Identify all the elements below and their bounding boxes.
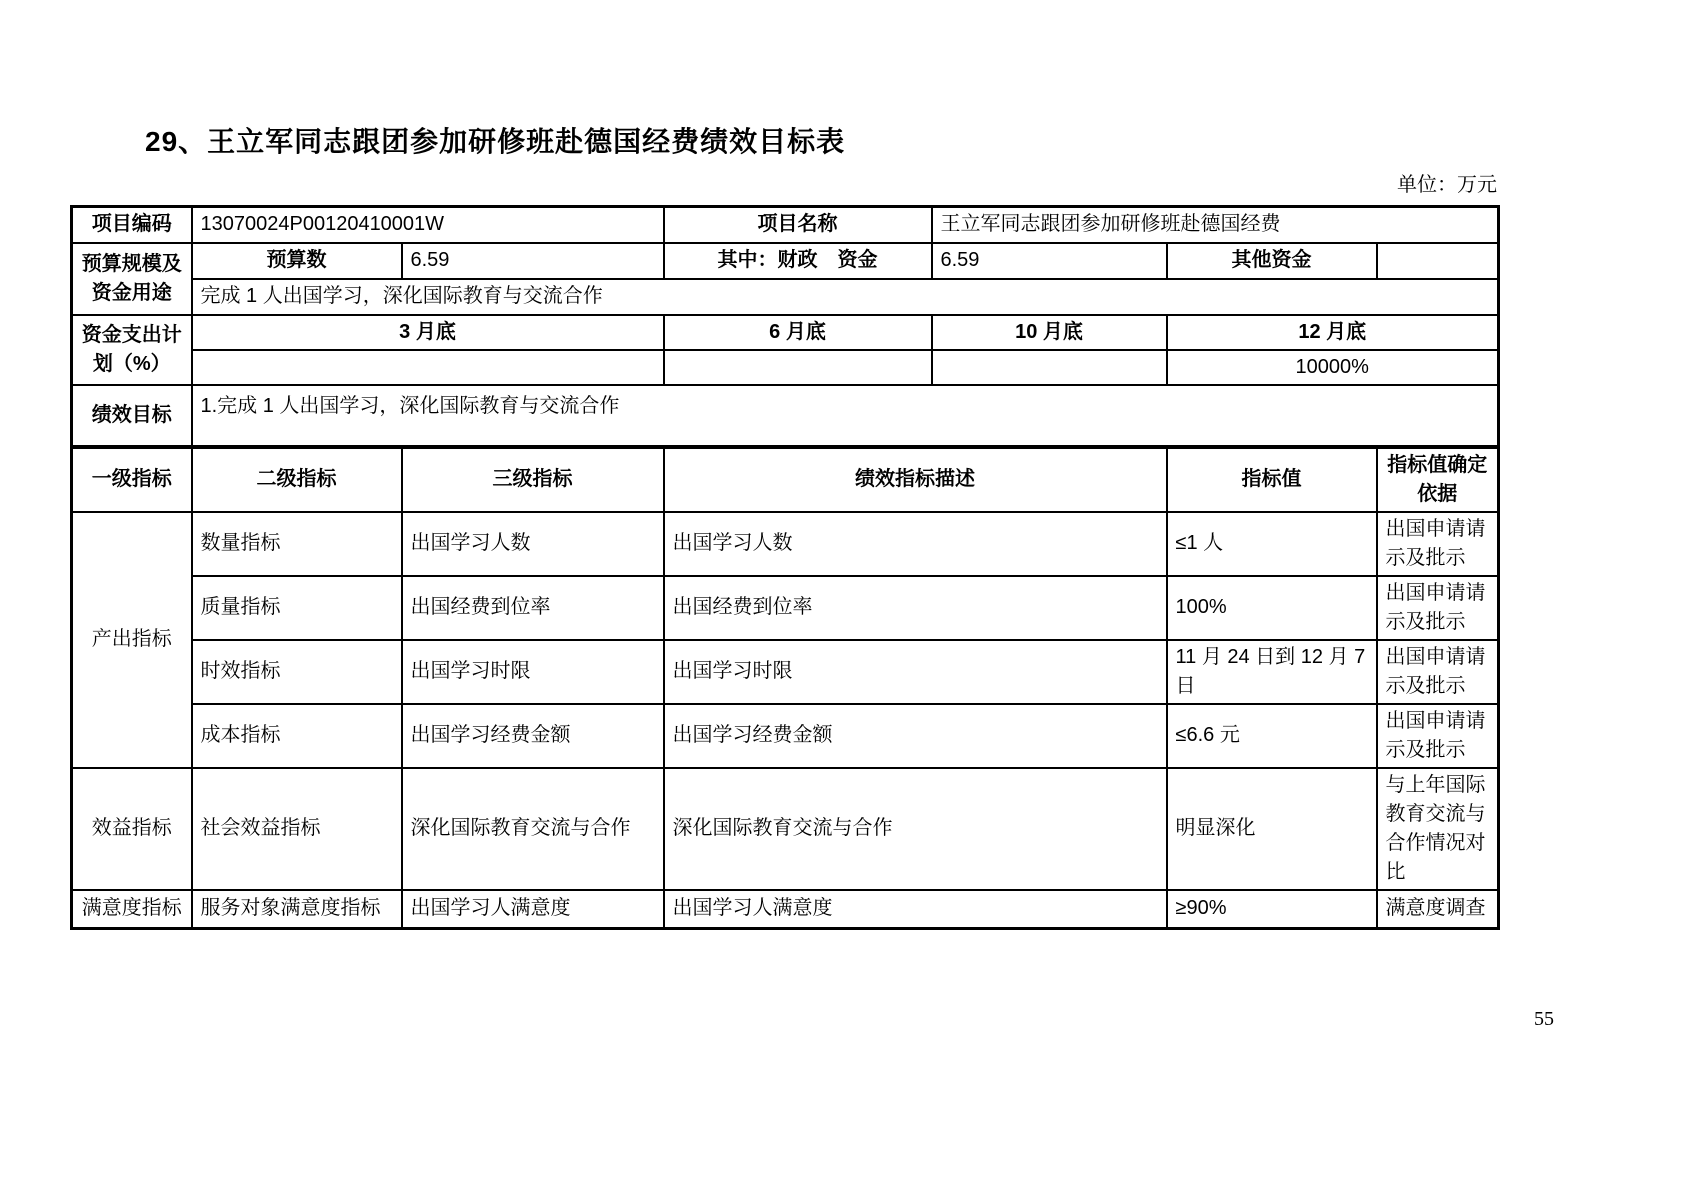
level2-cell: 质量指标 bbox=[192, 576, 402, 640]
indicator-row: 满意度指标 服务对象满意度指标 出国学习人满意度 出国学习人满意度 ≥90% 满… bbox=[72, 890, 1499, 929]
description-cell: 出国学习人满意度 bbox=[664, 890, 1167, 929]
page-title: 29、王立军同志跟团参加研修班赴德国经费绩效目标表 bbox=[145, 120, 845, 160]
spending-plan-label: 资金支出计划（%） bbox=[72, 315, 192, 385]
basis-cell: 满意度调查 bbox=[1377, 890, 1499, 929]
level3-cell: 出国学习人数 bbox=[402, 512, 664, 576]
header-level3: 三级指标 bbox=[402, 447, 664, 512]
level3-cell: 出国学习时限 bbox=[402, 640, 664, 704]
fiscal-funds-value: 6.59 bbox=[932, 243, 1167, 279]
level2-cell: 数量指标 bbox=[192, 512, 402, 576]
level1-benefit: 效益指标 bbox=[72, 768, 192, 890]
performance-goal-value: 1.完成 1 人出国学习，深化国际教育与交流合作 bbox=[192, 385, 1499, 447]
value-cell: ≥90% bbox=[1167, 890, 1377, 929]
page-number: 55 bbox=[1534, 1008, 1554, 1031]
level2-cell: 服务对象满意度指标 bbox=[192, 890, 402, 929]
description-cell: 深化国际教育交流与合作 bbox=[664, 768, 1167, 890]
spending-plan-value-row: 10000% bbox=[72, 350, 1499, 385]
basis-cell: 与上年国际教育交流与合作情况对比 bbox=[1377, 768, 1499, 890]
project-row: 项目编码 13070024P00120410001W 项目名称 王立军同志跟团参… bbox=[72, 207, 1499, 243]
quarter-value-march bbox=[192, 350, 664, 385]
level2-cell: 成本指标 bbox=[192, 704, 402, 768]
level3-cell: 出国经费到位率 bbox=[402, 576, 664, 640]
level1-satisfaction: 满意度指标 bbox=[72, 890, 192, 929]
performance-goal-row: 绩效目标 1.完成 1 人出国学习，深化国际教育与交流合作 bbox=[72, 385, 1499, 447]
value-cell: ≤6.6 元 bbox=[1167, 704, 1377, 768]
project-name-value: 王立军同志跟团参加研修班赴德国经费 bbox=[932, 207, 1499, 243]
project-code-label: 项目编码 bbox=[72, 207, 192, 243]
quarter-label-march: 3 月底 bbox=[192, 315, 664, 350]
project-name-label: 项目名称 bbox=[664, 207, 932, 243]
header-level1: 一级指标 bbox=[72, 447, 192, 512]
basis-cell: 出国申请请示及批示 bbox=[1377, 640, 1499, 704]
budget-purpose-row: 完成 1 人出国学习，深化国际教育与交流合作 bbox=[72, 279, 1499, 315]
value-cell: 11 月 24 日到 12 月 7 日 bbox=[1167, 640, 1377, 704]
quarter-value-june bbox=[664, 350, 932, 385]
other-funds-label: 其他资金 bbox=[1167, 243, 1377, 279]
budget-amount-value: 6.59 bbox=[402, 243, 664, 279]
level1-output: 产出指标 bbox=[72, 512, 192, 768]
description-cell: 出国经费到位率 bbox=[664, 576, 1167, 640]
budget-section-label: 预算规模及资金用途 bbox=[72, 243, 192, 315]
description-cell: 出国学习时限 bbox=[664, 640, 1167, 704]
description-cell: 出国学习经费金额 bbox=[664, 704, 1167, 768]
budget-purpose: 完成 1 人出国学习，深化国际教育与交流合作 bbox=[192, 279, 1499, 315]
level2-cell: 社会效益指标 bbox=[192, 768, 402, 890]
level2-cell: 时效指标 bbox=[192, 640, 402, 704]
quarter-label-june: 6 月底 bbox=[664, 315, 932, 350]
indicator-row: 效益指标 社会效益指标 深化国际教育交流与合作 深化国际教育交流与合作 明显深化… bbox=[72, 768, 1499, 890]
spending-plan-header-row: 资金支出计划（%） 3 月底 6 月底 10 月底 12 月底 bbox=[72, 315, 1499, 350]
value-cell: 100% bbox=[1167, 576, 1377, 640]
performance-goal-label: 绩效目标 bbox=[72, 385, 192, 447]
header-value: 指标值 bbox=[1167, 447, 1377, 512]
performance-target-table: 项目编码 13070024P00120410001W 项目名称 王立军同志跟团参… bbox=[70, 205, 1500, 930]
other-funds-value bbox=[1377, 243, 1499, 279]
indicator-row: 成本指标 出国学习经费金额 出国学习经费金额 ≤6.6 元 出国申请请示及批示 bbox=[72, 704, 1499, 768]
level3-cell: 出国学习人满意度 bbox=[402, 890, 664, 929]
unit-note: 单位：万元 bbox=[70, 168, 1497, 197]
quarter-label-october: 10 月底 bbox=[932, 315, 1167, 350]
fiscal-funds-label: 其中：财政 资金 bbox=[664, 243, 932, 279]
indicator-row: 质量指标 出国经费到位率 出国经费到位率 100% 出国申请请示及批示 bbox=[72, 576, 1499, 640]
quarter-value-december: 10000% bbox=[1167, 350, 1499, 385]
level3-cell: 深化国际教育交流与合作 bbox=[402, 768, 664, 890]
budget-row: 预算规模及资金用途 预算数 6.59 其中：财政 资金 6.59 其他资金 bbox=[72, 243, 1499, 279]
basis-cell: 出国申请请示及批示 bbox=[1377, 576, 1499, 640]
header-level2: 二级指标 bbox=[192, 447, 402, 512]
header-basis: 指标值确定依据 bbox=[1377, 447, 1499, 512]
quarter-value-october bbox=[932, 350, 1167, 385]
project-code-value: 13070024P00120410001W bbox=[192, 207, 664, 243]
value-cell: 明显深化 bbox=[1167, 768, 1377, 890]
indicator-row: 产出指标 数量指标 出国学习人数 出国学习人数 ≤1 人 出国申请请示及批示 bbox=[72, 512, 1499, 576]
indicator-header-row: 一级指标 二级指标 三级指标 绩效指标描述 指标值 指标值确定依据 bbox=[72, 447, 1499, 512]
header-description: 绩效指标描述 bbox=[664, 447, 1167, 512]
quarter-label-december: 12 月底 bbox=[1167, 315, 1499, 350]
description-cell: 出国学习人数 bbox=[664, 512, 1167, 576]
basis-cell: 出国申请请示及批示 bbox=[1377, 704, 1499, 768]
basis-cell: 出国申请请示及批示 bbox=[1377, 512, 1499, 576]
indicator-row: 时效指标 出国学习时限 出国学习时限 11 月 24 日到 12 月 7 日 出… bbox=[72, 640, 1499, 704]
level3-cell: 出国学习经费金额 bbox=[402, 704, 664, 768]
budget-amount-label: 预算数 bbox=[192, 243, 402, 279]
value-cell: ≤1 人 bbox=[1167, 512, 1377, 576]
